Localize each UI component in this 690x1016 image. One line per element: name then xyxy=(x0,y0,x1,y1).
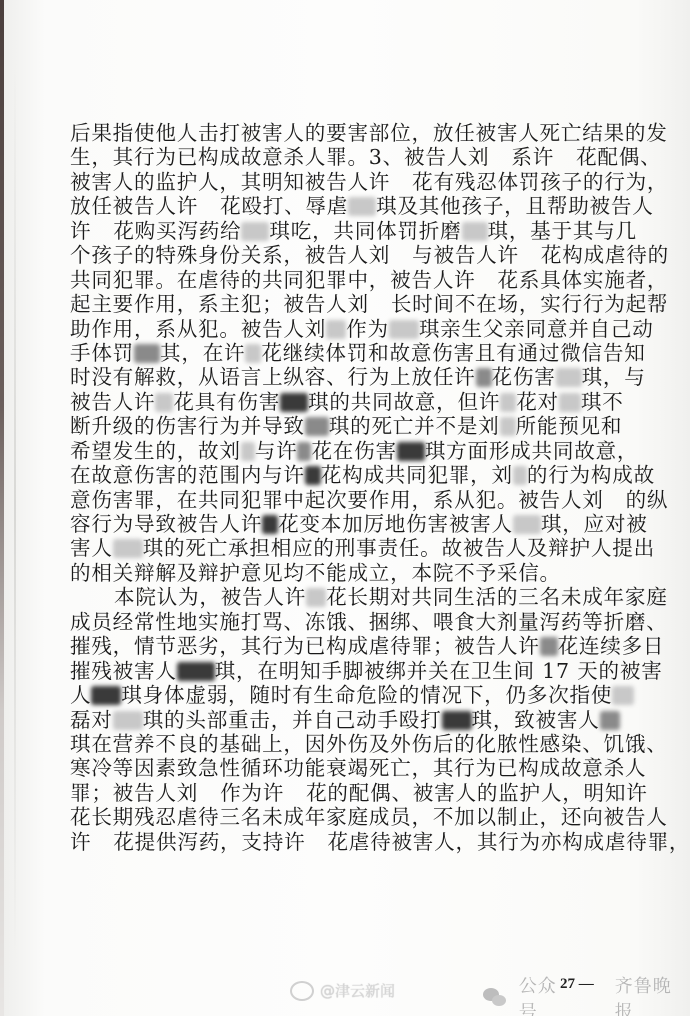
weibo-icon xyxy=(290,981,314,1001)
text-line: 断升级的伤害行为并导致琪的死亡并不是刘所能预见和 xyxy=(70,414,615,438)
weibo-watermark: @津云新闻 xyxy=(290,980,395,1001)
page-edge-shadow xyxy=(0,0,4,1016)
redaction-blur xyxy=(556,368,582,387)
redaction-blur xyxy=(134,344,160,363)
redaction-blur xyxy=(559,393,581,412)
text-line: 人琪身体虚弱，随时有生命危险的情况下，仍多次指使 xyxy=(70,683,615,707)
redaction-blur xyxy=(262,515,278,534)
text-line: 生，其行为已构成故意杀人罪。3、被告人刘系许花配偶、 xyxy=(70,145,615,169)
redaction-blur xyxy=(326,320,346,339)
page-footer: @津云新闻 公众号 齐鲁晚报 27 — xyxy=(0,968,690,1016)
text-line: 寒冷等因素致急性循环功能衰竭死亡，其行为已构成故意杀人 xyxy=(70,756,615,780)
redaction-blur xyxy=(612,686,634,705)
text-line: 助作用，系从犯。被告人刘作为琪亲生父亲同意并自己动 xyxy=(70,317,615,341)
text-line: 时没有解救，从语言上纵容、行为上放任许花伤害琪，与 xyxy=(70,365,615,389)
text-line: 害人琪的死亡承担相应的刑事责任。故被告人及辩护人提出 xyxy=(70,536,615,560)
redaction-blur xyxy=(600,711,620,730)
redaction-blur xyxy=(177,662,215,681)
text-line: 意伤害罪，在共同犯罪中起次要作用，系从犯。被告人刘的纵 xyxy=(70,488,615,512)
text-line: 希望发生的，故刘与许花在伤害琪方面形成共同故意， xyxy=(70,439,615,463)
redaction-blur xyxy=(348,197,376,216)
text-line: 许花提供泻药，支持许花虐待被害人，其行为亦构成虐待罪， xyxy=(70,830,615,854)
text-line: 本院认为，被告人许花长期对共同生活的三名未成年家庭 xyxy=(70,585,615,609)
redaction-blur xyxy=(389,320,419,339)
redaction-blur xyxy=(442,711,472,730)
text-line: 被告人许花具有伤害琪的共同故意，但许花对琪不 xyxy=(70,390,615,414)
weibo-handle: @津云新闻 xyxy=(320,980,395,1001)
page-number: 27 — xyxy=(560,976,594,993)
text-line: 后果指使他人击打被害人的要害部位，放任被害人死亡结果的发 xyxy=(70,121,615,145)
redaction-blur xyxy=(306,588,326,607)
redaction-blur xyxy=(540,637,558,656)
wechat-account: 齐鲁晚报 xyxy=(615,972,690,1016)
judgment-text: 后果指使他人击打被害人的要害部位，放任被害人死亡结果的发 生，其行为已构成故意杀… xyxy=(70,121,615,854)
text-line: 许花购买泻药给琪吃，共同体罚折磨琪，基于其与几 xyxy=(70,219,615,243)
text-line: 容行为导致被告人许花变本加厉地伤害被害人琪，应对被 xyxy=(70,512,615,536)
wechat-icon xyxy=(483,987,511,1009)
redaction-blur xyxy=(91,686,121,705)
text-line: 手体罚其，在许花继续体罚和故意伤害且有通过微信告知 xyxy=(70,341,615,365)
text-line: 个孩子的特殊身份关系，被告人刘与被告人许花构成虐待的 xyxy=(70,243,615,267)
redaction-blur xyxy=(462,222,488,241)
redaction-blur xyxy=(305,417,329,436)
text-line: 被害人的监护人，其明知被告人许花有残忍体罚孩子的行为， xyxy=(70,170,615,194)
page-fold-line xyxy=(14,60,16,960)
redaction-blur xyxy=(297,442,311,461)
text-line: 的相关辩解及辩护意见均不能成立，本院不予采信。 xyxy=(70,561,615,585)
text-line: 在故意伤害的范围内与许花构成共同犯罪，刘的行为构成故 xyxy=(70,463,615,487)
text-line: 罪；被告人刘作为许花的配偶、被害人的监护人，明知许 xyxy=(70,781,615,805)
redaction-blur xyxy=(241,222,269,241)
text-line: 琪在营养不良的基础上，因外伤及外伤后的化脓性感染、饥饿、 xyxy=(70,732,615,756)
redaction-blur xyxy=(113,539,143,558)
redaction-blur xyxy=(155,393,173,412)
redaction-blur xyxy=(500,393,516,412)
redaction-blur xyxy=(305,466,321,485)
text-line: 共同犯罪。在虐待的共同犯罪中，被告人许花系具体实施者， xyxy=(70,268,615,292)
text-line: 起主要作用，系主犯；被告人刘长时间不在场，实行行为起帮 xyxy=(70,292,615,316)
redaction-blur xyxy=(513,466,527,485)
redaction-blur xyxy=(280,393,308,412)
text-line: 摧残被害人琪，在明知手脚被绑并关在卫生间 17 天的被害 xyxy=(70,659,615,683)
text-line: 花长期残忍虐待三名未成年家庭成员，不加以制止，还向被告人 xyxy=(70,805,615,829)
redaction-blur xyxy=(113,711,143,730)
redaction-blur xyxy=(476,368,492,387)
text-line: 成员经常性地实施打骂、冻饿、捆绑、喂食大剂量泻药等折磨、 xyxy=(70,610,615,634)
text-line: 放任被告人许花殴打、辱虐琪及其他孩子，且帮助被告人 xyxy=(70,194,615,218)
redaction-blur xyxy=(245,344,261,363)
redaction-blur xyxy=(513,515,541,534)
text-line: 摧残，情节恶劣，其行为已构成虐待罪；被告人许花连续多日 xyxy=(70,634,615,658)
redaction-blur xyxy=(397,442,425,461)
redaction-blur xyxy=(241,442,255,461)
redaction-blur xyxy=(500,417,516,436)
text-line: 磊对琪的头部重击，并自己动手殴打琪，致被害人 xyxy=(70,708,615,732)
